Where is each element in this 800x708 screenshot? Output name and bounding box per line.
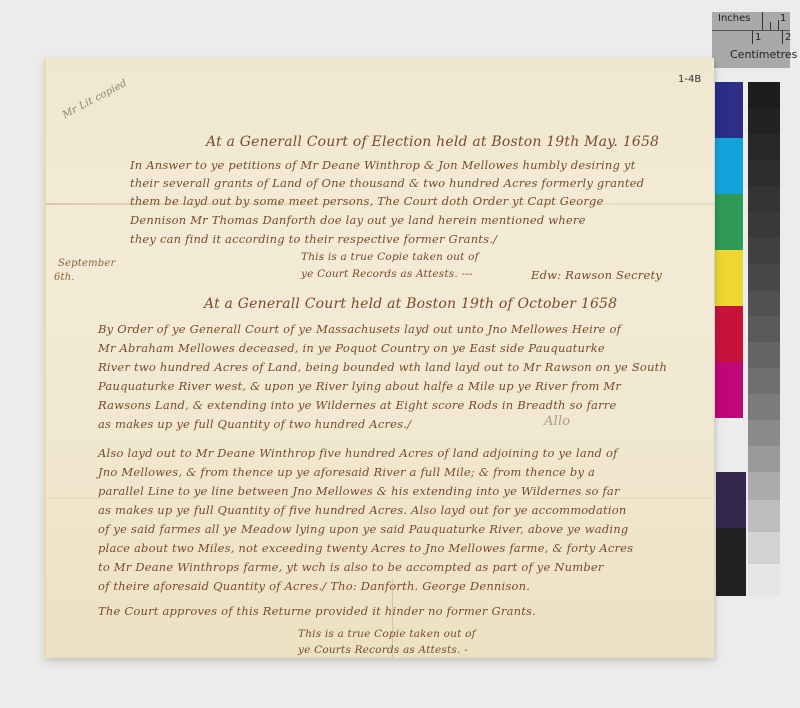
court-approval: The Court approves of this Returne provi… (98, 604, 536, 618)
gray-patch (748, 290, 780, 316)
gray-patch (748, 108, 780, 134)
gray-patch (748, 394, 780, 420)
section-1-attestation: This is a true Copie taken out of (301, 251, 479, 263)
gray-patch (748, 160, 780, 186)
section-1-line: In Answer to ye petitions of Mr Deane Wi… (130, 158, 635, 172)
ruler-cm-mark-1: 1 (755, 32, 761, 43)
section-2-attestation: ye Courts Records as Attests. - (298, 644, 468, 656)
gray-patch (748, 238, 780, 264)
ruler-tick (770, 22, 771, 30)
color-patch-blue (715, 82, 743, 138)
gray-patch (748, 564, 780, 596)
section-2-line: as makes up ye full Quantity of five hun… (98, 503, 626, 517)
section-2-line: Jno Mellowes, & from thence up ye afores… (98, 465, 595, 479)
section-2-line: of ye said farmes all ye Meadow lying up… (98, 522, 628, 536)
section-1-line: their severall grants of Land of One tho… (130, 176, 644, 190)
color-patch-yellow (715, 250, 743, 306)
color-patch-black (716, 528, 746, 596)
reference-number: 1-4B (678, 74, 701, 85)
section-2-line: to Mr Deane Winthrops farme, yt wch is a… (98, 560, 604, 574)
gray-patch (748, 342, 780, 368)
section-1-heading: At a Generall Court of Election held at … (206, 134, 659, 150)
ruler-cm-mark-2: 2 (785, 32, 791, 43)
section-2-line: as makes up ye full Quantity of two hund… (98, 417, 411, 431)
ruler-tick (752, 30, 753, 44)
gray-patch (748, 264, 780, 290)
gray-patch (748, 186, 780, 212)
gray-patch (748, 212, 780, 238)
color-patch-magenta (715, 362, 743, 418)
section-1-line: Dennison Mr Thomas Danforth doe lay out … (130, 213, 586, 227)
section-1-line: them be layd out by some meet persons, T… (130, 194, 604, 208)
section-2-line: parallel Line to ye line between Jno Mel… (98, 484, 620, 498)
section-1-line: they can find it according to their resp… (130, 232, 497, 246)
ruler-tick (762, 12, 763, 30)
margin-note-day: 6th. (54, 272, 75, 283)
ruler-inch-mark: 1 (780, 13, 786, 24)
color-patch-cyan (715, 138, 743, 194)
gray-patch (748, 532, 780, 564)
gray-patch (748, 446, 780, 472)
section-2-line: By Order of ye Generall Court of ye Mass… (98, 322, 621, 336)
gray-patch (748, 368, 780, 394)
gray-patch (748, 472, 780, 500)
section-2-line: Also layd out to Mr Deane Winthrop five … (98, 446, 618, 460)
margin-note-month: September (58, 258, 116, 269)
section-2-attestation: This is a true Copie taken out of (298, 628, 476, 640)
signature-rawson: Edw: Rawson Secrety (531, 268, 662, 282)
manuscript-page: 1-4B Mr Lit copied At a Generall Court o… (44, 58, 714, 658)
gray-patch (748, 420, 780, 446)
gray-patch (748, 500, 780, 532)
color-patch-purple (716, 472, 746, 528)
ruler-inches-label: Inches (718, 13, 751, 24)
section-2-line: Rawsons Land, & extending into ye Wilder… (98, 398, 616, 412)
section-2-line: River two hundred Acres of Land, being b… (98, 360, 667, 374)
gray-patch (748, 134, 780, 160)
ruler-centimetres-label: Centimetres (730, 48, 797, 61)
section-2-line: Mr Abraham Mellowes deceased, in ye Poqu… (98, 341, 605, 355)
section-2-line: Pauquaturke River west, & upon ye River … (98, 379, 621, 393)
gray-patch (748, 316, 780, 342)
section-2-heading: At a Generall Court held at Boston 19th … (204, 296, 617, 312)
section-1-attestation: ye Court Records as Attests. --- (301, 268, 473, 280)
allowed-mark: Allo (544, 414, 570, 429)
color-patch-red (715, 306, 743, 362)
gray-patch (748, 82, 780, 108)
pencil-annotation: Mr Lit copied (61, 78, 129, 121)
ruler-tick (778, 20, 779, 30)
section-2-line: place about two Miles, not exceeding twe… (98, 541, 633, 555)
section-2-line: of theire aforesaid Quantity of Acres./ … (98, 579, 530, 593)
scale-ruler: Inches 1 1 2 Centimetres (712, 12, 790, 68)
ruler-tick (782, 30, 783, 44)
color-patch-white (715, 418, 743, 474)
color-patch-green (715, 194, 743, 250)
